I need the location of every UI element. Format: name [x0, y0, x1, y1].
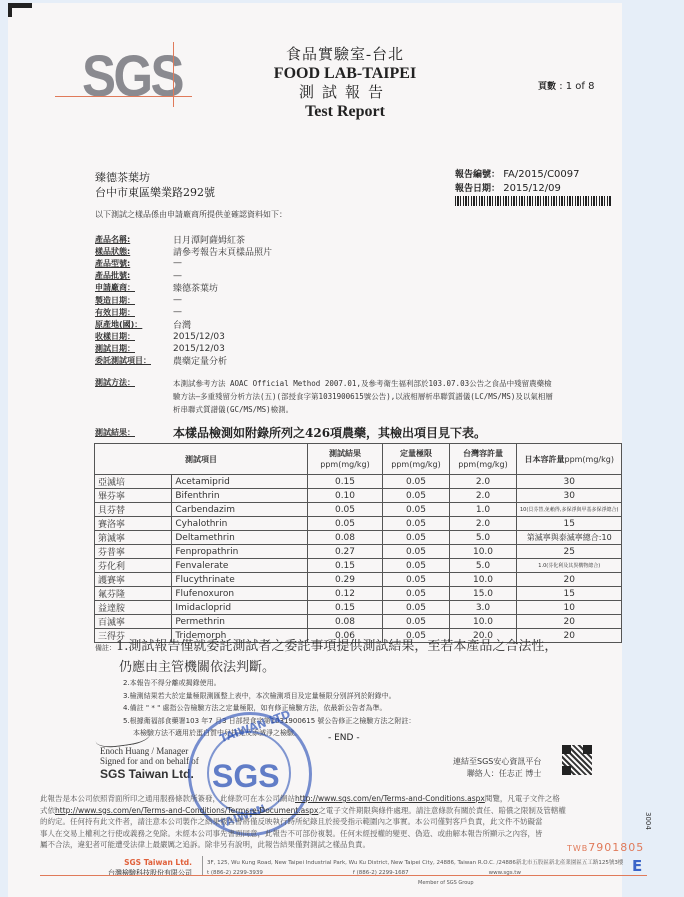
sample-info-row: 申請廠商：臻德茶葉坊 — [95, 282, 272, 294]
sample-info-value: 日月潭阿薩姆紅茶 — [173, 233, 245, 246]
loq: 0.05 — [383, 601, 450, 615]
pesticide-name-cn: 第滅寧 — [95, 531, 172, 545]
pesticide-name-en: Flufenoxuron — [172, 587, 308, 601]
jp-limit: 第滅寧與泰滅寧總合:10 — [517, 531, 622, 545]
test-result-summary: 測試結果： 本樣品檢測如附錄所列之426項農藥，其檢出項目見下表。 — [95, 424, 486, 441]
sample-info-row: 產品名稱:日月潭阿薩姆紅茶 — [95, 233, 272, 245]
report-title-cn: 測試報告 — [250, 83, 440, 103]
test-result: 0.12 — [308, 587, 383, 601]
sample-info-row: 製造日期：— — [95, 294, 272, 306]
header-tw-limit: 台灣容許量ppm(mg/kg) — [450, 444, 517, 475]
page-number: 頁數 : 1 of 8 — [538, 79, 594, 92]
header-result: 測試結果ppm(mg/kg) — [308, 444, 383, 475]
pesticide-name-cn: 氟芬隆 — [95, 587, 172, 601]
footer-company-cn: 台灣檢驗科技股份有限公司 — [108, 868, 192, 878]
pesticide-name-en: Flucythrinate — [172, 573, 308, 587]
tw-limit: 2.0 — [450, 489, 517, 503]
test-result: 0.05 — [308, 503, 383, 517]
pesticide-name-en: Carbendazim — [172, 503, 308, 517]
sample-info-label: 申請廠商： — [95, 282, 173, 293]
tw-limit: 5.0 — [450, 531, 517, 545]
tw-limit: 1.0 — [450, 503, 517, 517]
test-result: 0.15 — [308, 601, 383, 615]
pesticide-name-cn: 畢芬寧 — [95, 489, 172, 503]
pesticide-name-en: Imidacloprid — [172, 601, 308, 615]
result-summary: 本樣品檢測如附錄所列之426項農藥，其檢出項目見下表。 — [173, 424, 486, 441]
tw-limit: 2.0 — [450, 475, 517, 489]
test-result: 0.05 — [308, 517, 383, 531]
client-name: 臻德茶葉坊 — [95, 170, 215, 185]
table-row: 氟芬隆Flufenoxuron0.120.0515.015 — [95, 587, 622, 601]
method-value: 本測試參考方法 AOAC Official Method 2007.01,及參考… — [173, 377, 553, 416]
note-3: 3.檢測結果若大於定量極限測匯整上表中，本次檢測項目及定量極限分別詳列於附錄中。 — [95, 690, 557, 703]
loq: 0.05 — [383, 559, 450, 573]
table-header-row: 測試項目 測試結果ppm(mg/kg) 定量極限ppm(mg/kg) 台灣容許量… — [95, 444, 622, 475]
table-row: 護賽寧Flucythrinate0.290.0510.020 — [95, 573, 622, 587]
logo-rule-horizontal — [55, 96, 192, 97]
result-label: 測試結果： — [95, 427, 173, 438]
note-4: 4.備註 " * " 處指公告檢驗方法之定量極限，如有修正檢驗方法，依最新公告者… — [95, 702, 557, 715]
pesticide-name-en: Cyhalothrin — [172, 517, 308, 531]
sample-info-label: 測試日期： — [95, 343, 173, 354]
contact-block: 連結至SGS安心資訊平台 聯絡人：任志正 博士 — [453, 756, 541, 780]
footer-divider — [202, 856, 203, 876]
sample-info-value: 請參考報告末頁樣品照片 — [173, 245, 272, 258]
jp-limit: 30 — [517, 475, 622, 489]
signer-company: SGS Taiwan Ltd. — [100, 769, 199, 779]
report-title-en: Test Report — [250, 103, 440, 121]
sample-info-label: 製造日期： — [95, 295, 173, 306]
jp-limit: 15 — [517, 517, 622, 531]
jp-limit: 20 — [517, 615, 622, 629]
pesticide-name-en: Bifenthrin — [172, 489, 308, 503]
sample-info-value: — — [173, 307, 182, 317]
sample-info-value: 2015/12/03 — [173, 344, 225, 354]
serial-number: TWB7901805 — [567, 841, 644, 854]
table-row: 百滅寧Permethrin0.080.0510.020 — [95, 615, 622, 629]
pesticide-name-cn: 護賽寧 — [95, 573, 172, 587]
pesticide-name-en: Fenpropathrin — [172, 545, 308, 559]
pesticide-name-cn: 芬普寧 — [95, 545, 172, 559]
scan-corner-mark — [8, 3, 12, 17]
note-2: 2.本報告不得分離或揭錄使用。 — [95, 677, 557, 690]
report-header: 食品實驗室-台北 FOOD LAB-TAIPEI 測試報告 Test Repor… — [250, 45, 440, 121]
method-label: 測試方法： — [95, 377, 173, 416]
pesticide-name-en: Permethrin — [172, 615, 308, 629]
table-row: 貝芬替Carbendazim0.050.051.010(貝芬替,免賴得,多保淨與… — [95, 503, 622, 517]
pesticide-name-cn: 益達胺 — [95, 601, 172, 615]
loq: 0.05 — [383, 587, 450, 601]
page-label: 頁數 — [538, 82, 556, 92]
sample-info-value: 農藥定量分析 — [173, 354, 227, 367]
tw-limit: 5.0 — [450, 559, 517, 573]
sample-info-row: 產品批號:— — [95, 270, 272, 282]
barcode — [455, 196, 612, 206]
footer-company-en: SGS Taiwan Ltd. — [108, 858, 192, 868]
pesticide-name-en: Fenvalerate — [172, 559, 308, 573]
sample-info-row: 測試日期：2015/12/03 — [95, 343, 272, 355]
tw-limit: 10.0 — [450, 545, 517, 559]
jp-limit: 1.0(芬化利及其異構物總合) — [517, 559, 622, 573]
test-result: 0.15 — [308, 475, 383, 489]
test-result: 0.15 — [308, 559, 383, 573]
loq: 0.05 — [383, 615, 450, 629]
sample-info-row: 樣品狀態:請參考報告末頁樣品照片 — [95, 245, 272, 257]
sample-info-row: 原產地(國)：台灣 — [95, 318, 272, 330]
table-row: 芬普寧Fenpropathrin0.270.0510.025 — [95, 545, 622, 559]
signer-name: Enoch Huang / Manager — [100, 746, 199, 756]
report-number-label: 報告編號： — [455, 170, 500, 180]
sample-info-label: 原產地(國)： — [95, 319, 173, 330]
sample-info-label: 產品型號: — [95, 258, 173, 269]
lab-title-cn: 食品實驗室-台北 — [250, 45, 440, 65]
note-5: 5.根據衛福部食藥署103 年7 月3 日部授食字第1031900615 號公告… — [95, 715, 557, 728]
pesticide-name-cn: 貝芬替 — [95, 503, 172, 517]
note-1: 1.測試報告僅就委託測試者之委託事項提供測試結果，至若本產品之合法性， — [116, 639, 557, 654]
sample-info-row: 委託測試項目：農藥定量分析 — [95, 355, 272, 367]
intro-text: 以下測試之樣品係由申請廠商所提供並確認資料如下： — [95, 209, 287, 220]
report-date-label: 報告日期： — [455, 184, 500, 194]
loq: 0.05 — [383, 503, 450, 517]
table-row: 亞滅培Acetamiprid0.150.052.030 — [95, 475, 622, 489]
table-row: 第滅寧Deltamethrin0.080.055.0第滅寧與泰滅寧總合:10 — [95, 531, 622, 545]
test-result: 0.08 — [308, 531, 383, 545]
jp-limit: 30 — [517, 489, 622, 503]
notes: 備註：1.測試報告僅就委託測試者之委託事項提供測試結果，至若本產品之合法性， 仍… — [95, 637, 557, 740]
tw-limit: 10.0 — [450, 573, 517, 587]
loq: 0.05 — [383, 545, 450, 559]
jp-limit: 10(貝芬替,免賴得,多保淨與甲基多保淨總合) — [517, 503, 622, 517]
sample-info-label: 樣品狀態: — [95, 246, 173, 257]
jp-limit: 20 — [517, 573, 622, 587]
report-date: 2015/12/09 — [503, 183, 561, 194]
tw-limit: 15.0 — [450, 587, 517, 601]
info-platform-link[interactable]: 連結至SGS安心資訊平台 — [453, 756, 541, 768]
sample-info-value: 臻德茶葉坊 — [173, 281, 218, 294]
sample-info: 產品名稱:日月潭阿薩姆紅茶樣品狀態:請參考報告末頁樣品照片產品型號:—產品批號:… — [95, 233, 272, 367]
pesticide-name-cn: 百滅寧 — [95, 615, 172, 629]
sample-info-label: 產品批號: — [95, 270, 173, 281]
sample-info-label: 有效日期： — [95, 307, 173, 318]
client-address: 台中市東區樂業路292號 — [95, 185, 215, 200]
side-code: 3004 — [644, 812, 652, 830]
footer-member: Member of SGS Group — [418, 880, 474, 886]
header-test-item: 測試項目 — [95, 444, 308, 475]
loq: 0.05 — [383, 489, 450, 503]
qr-code-icon[interactable] — [562, 745, 592, 775]
loq: 0.05 — [383, 531, 450, 545]
report-number: FA/2015/C0097 — [503, 169, 579, 180]
pesticide-name-cn: 賽洛寧 — [95, 517, 172, 531]
sample-info-label: 收樣日期： — [95, 331, 173, 342]
report-info: 報告編號： FA/2015/C0097 報告日期： 2015/12/09 — [455, 168, 580, 196]
sample-info-value: — — [173, 271, 182, 281]
stamp-logo: SGS — [212, 758, 280, 795]
note-1-cont: 仍應由主管機關依法判斷。 — [95, 658, 557, 677]
header-loq: 定量極限ppm(mg/kg) — [383, 444, 450, 475]
jp-limit: 15 — [517, 587, 622, 601]
sample-info-label: 產品名稱: — [95, 234, 173, 245]
sample-info-row: 收樣日期：2015/12/03 — [95, 331, 272, 343]
notes-label: 備註： — [95, 644, 116, 652]
table-row: 益達胺Imidacloprid0.150.053.010 — [95, 601, 622, 615]
pesticide-name-cn: 芬化利 — [95, 559, 172, 573]
tw-limit: 10.0 — [450, 615, 517, 629]
tw-limit: 3.0 — [450, 601, 517, 615]
sample-info-value: 台灣 — [173, 318, 191, 331]
jp-limit: 10 — [517, 601, 622, 615]
pesticide-name-en: Deltamethrin — [172, 531, 308, 545]
test-method: 測試方法： 本測試參考方法 AOAC Official Method 2007.… — [95, 377, 553, 416]
tw-limit: 2.0 — [450, 517, 517, 531]
page-value: : 1 of 8 — [559, 81, 594, 92]
test-result: 0.10 — [308, 489, 383, 503]
footer-address: 3F, 125, Wu Kung Road, New Taipei Indust… — [207, 858, 623, 868]
sample-info-value: 2015/12/03 — [173, 332, 225, 342]
lab-title-en: FOOD LAB-TAIPEI — [250, 65, 440, 83]
pesticide-name-en: Acetamiprid — [172, 475, 308, 489]
e-document-terms-link[interactable]: http://www.sgs.com/en/Terms-and-Conditio… — [55, 806, 318, 815]
note-5-cont: 本檢驗方法不適用於蛋白質中兒扶克及添滅淨之檢驗。 — [95, 727, 557, 740]
header-jp-limit: 日本容許量ppm(mg/kg) — [517, 444, 622, 475]
terms-link[interactable]: http://www.sgs.com/en/Terms-and-Conditio… — [295, 794, 485, 803]
sample-info-value: — — [173, 295, 182, 305]
sample-info-label: 委託測試項目： — [95, 355, 173, 366]
loq: 0.05 — [383, 573, 450, 587]
signature-block: Enoch Huang / Manager Signed for and on … — [100, 746, 199, 779]
client-block: 臻德茶葉坊 台中市東區樂業路292號 — [95, 170, 215, 200]
sample-info-value: — — [173, 258, 182, 268]
test-result: 0.29 — [308, 573, 383, 587]
loq: 0.05 — [383, 475, 450, 489]
loq: 0.05 — [383, 517, 450, 531]
footer-rule — [40, 875, 647, 876]
contact-person: 聯絡人：任志正 博士 — [453, 768, 541, 780]
end-marker: - END - — [328, 733, 360, 743]
table-row: 芬化利Fenvalerate0.150.055.01.0(芬化利及其異構物總合) — [95, 559, 622, 573]
pesticide-name-cn: 亞滅培 — [95, 475, 172, 489]
jp-limit: 25 — [517, 545, 622, 559]
results-table: 測試項目 測試結果ppm(mg/kg) 定量極限ppm(mg/kg) 台灣容許量… — [94, 443, 622, 643]
table-row: 畢芬寧Bifenthrin0.100.052.030 — [95, 489, 622, 503]
table-row: 賽洛寧Cyhalothrin0.050.052.015 — [95, 517, 622, 531]
signed-behalf: Signed for and on behalf of — [100, 756, 199, 766]
test-result: 0.08 — [308, 615, 383, 629]
sample-info-row: 產品型號:— — [95, 257, 272, 269]
sgs-logo: SGS — [82, 48, 182, 106]
test-result: 0.27 — [308, 545, 383, 559]
logo-rule-vertical — [173, 42, 174, 107]
sample-info-row: 有效日期：— — [95, 306, 272, 318]
e-document-icon: E — [632, 857, 642, 875]
